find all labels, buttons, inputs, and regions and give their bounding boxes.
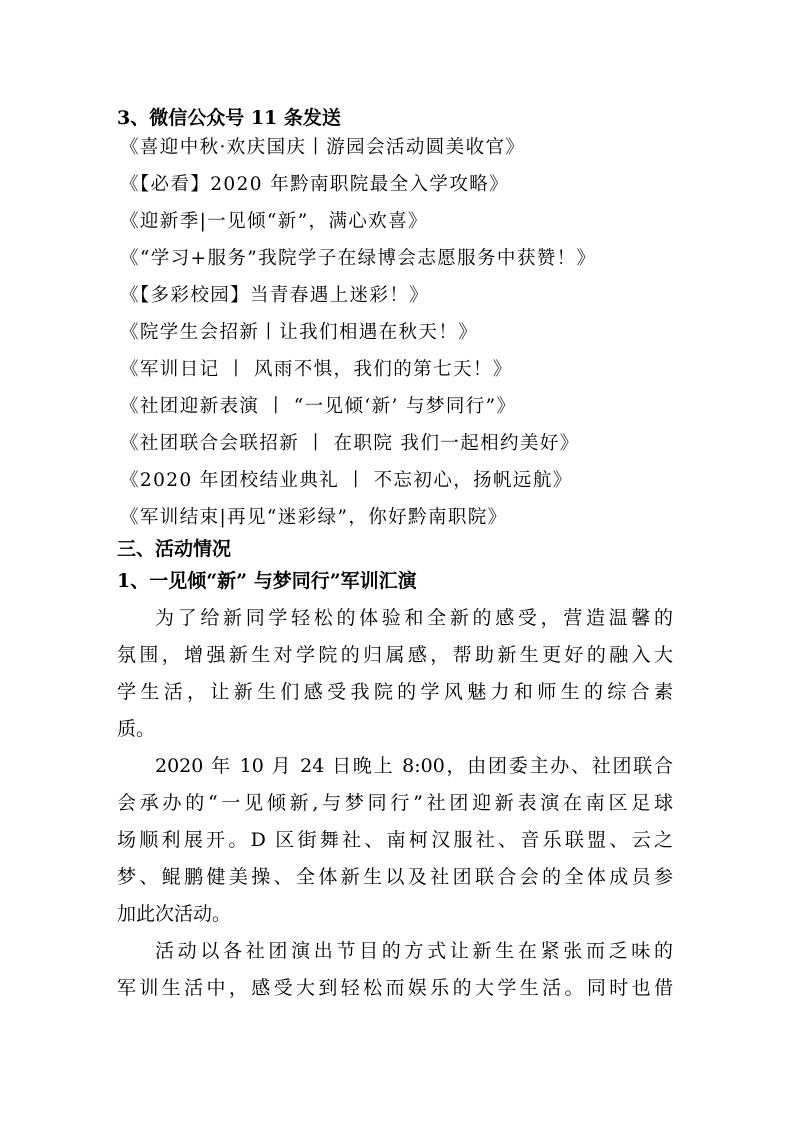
section-heading-activities: 三、活动情况 bbox=[117, 537, 673, 561]
list-item: 《军训日记 丨 风雨不惧，我们的第七天！》 bbox=[120, 358, 676, 382]
list-item: 《喜迎中秋·欢庆国庆丨游园会活动圆美收官》 bbox=[120, 136, 676, 160]
document-page: 3、微信公众号 11 条发送 《喜迎中秋·欢庆国庆丨游园会活动圆美收官》 《【必… bbox=[0, 0, 793, 1122]
paragraph-line: 军训生活中，感受大到轻松而娱乐的大学生活。同时也借 bbox=[117, 976, 673, 1000]
section-heading-wechat: 3、微信公众号 11 条发送 bbox=[117, 106, 673, 130]
paragraph-line: 加此次活动。 bbox=[117, 902, 673, 926]
paragraph-line: 学生活，让新生们感受我院的学风魅力和师生的综合素 bbox=[117, 680, 673, 704]
list-item: 《【必看】2020 年黔南职院最全入学攻略》 bbox=[120, 173, 676, 197]
list-item: 《院学生会招新丨让我们相遇在秋天！》 bbox=[120, 321, 676, 345]
paragraph-line: 梦、鲲鹏健美操、全体新生以及社团联合会的全体成员参 bbox=[117, 865, 673, 889]
subsection-heading-military-show: 1、一见倾“新” 与梦同行”军训汇演 bbox=[117, 569, 673, 593]
list-item: 《社团迎新表演 丨 “一见倾‘新’ 与梦同行”》 bbox=[120, 395, 676, 419]
list-item: 《2020 年团校结业典礼 丨 不忘初心，扬帆远航》 bbox=[120, 469, 676, 493]
list-item: 《社团联合会联招新 丨 在职院 我们一起相约美好》 bbox=[120, 432, 676, 456]
list-item: 《“学习+服务”我院学子在绿博会志愿服务中获赞！》 bbox=[120, 247, 676, 271]
paragraph-line: 活动以各社团演出节目的方式让新生在紧张而乏味的 bbox=[155, 939, 673, 963]
list-item: 《迎新季|一见倾“新”，满心欢喜》 bbox=[120, 210, 676, 234]
paragraph-line: 2020 年 10 月 24 日晚上 8:00，由团委主办、社团联合 bbox=[155, 754, 673, 778]
list-item: 《【多彩校园】当青春遇上迷彩！》 bbox=[120, 284, 676, 308]
paragraph-line: 为了给新同学轻松的体验和全新的感受，营造温馨的 bbox=[155, 606, 673, 630]
paragraph-line: 质。 bbox=[117, 717, 673, 741]
list-item: 《军训结束|再见“迷彩绿”，你好黔南职院》 bbox=[120, 506, 676, 530]
paragraph-line: 氛围，增强新生对学院的归属感，帮助新生更好的融入大 bbox=[117, 643, 673, 667]
paragraph-line: 会承办的“一见倾新,与梦同行”社团迎新表演在南区足球 bbox=[117, 791, 673, 815]
paragraph-line: 场顺利展开。D 区街舞社、南柯汉服社、音乐联盟、云之 bbox=[117, 828, 673, 852]
